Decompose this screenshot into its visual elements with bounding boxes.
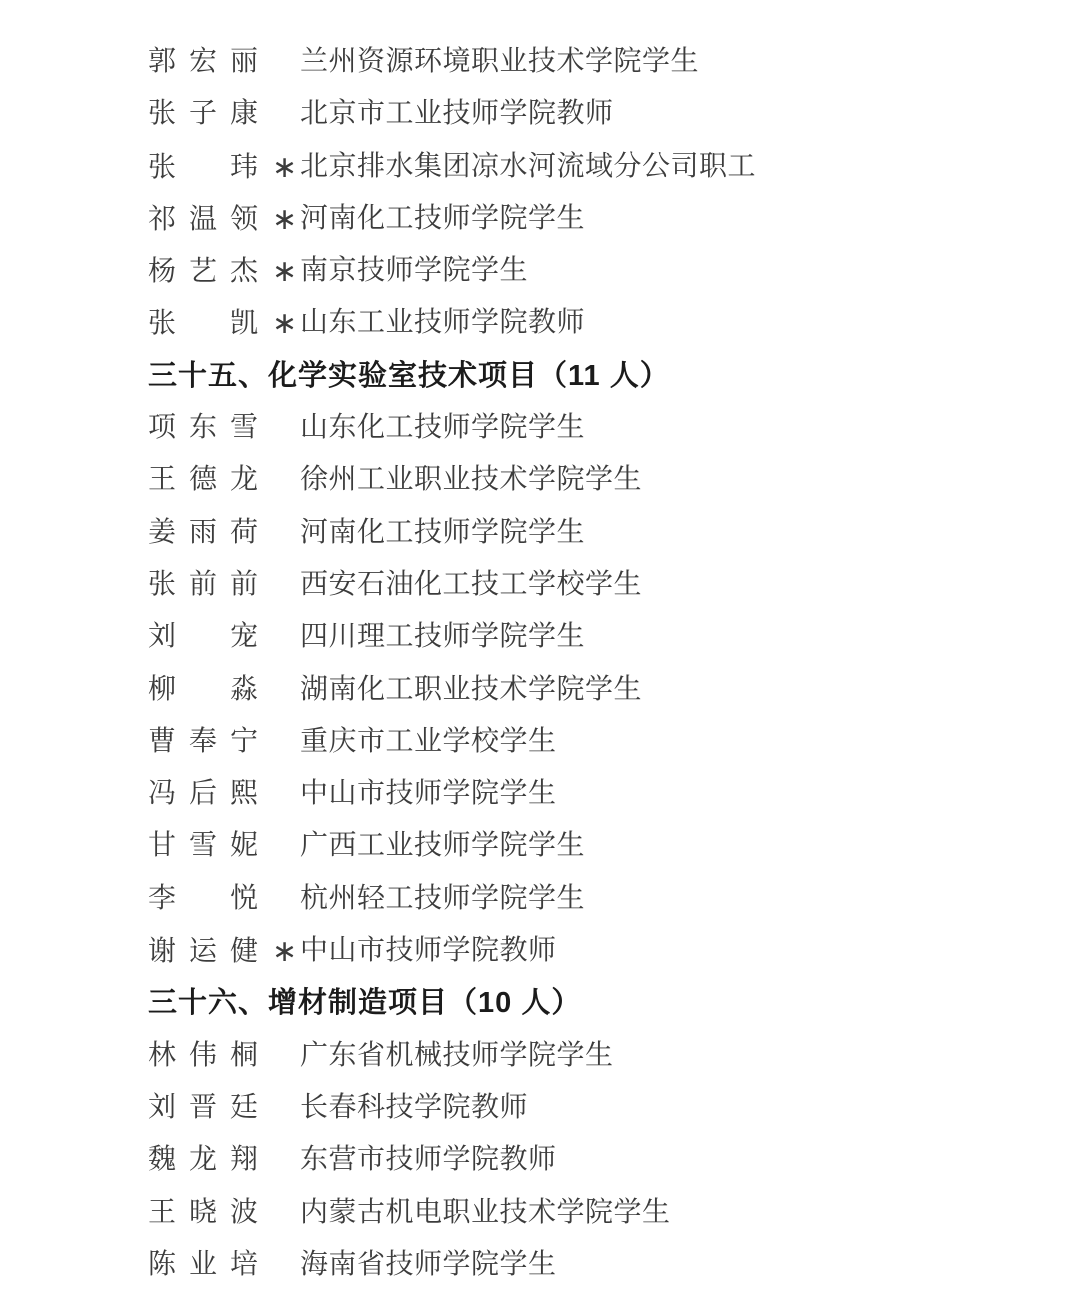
person-name-block: 甘雪妮 — [148, 820, 300, 872]
person-name-block: 柳 淼 — [148, 664, 300, 716]
teacher-star-marker: ∗ — [272, 246, 297, 298]
person-affiliation: 徐州工业职业技术学院学生 — [300, 454, 642, 506]
person-name: 张前前 — [148, 569, 271, 600]
person-name-block: 祁温领∗ — [148, 193, 300, 246]
person-name: 张 玮 — [148, 152, 271, 183]
roster-row: 甘雪妮广西工业技师学院学生 — [148, 820, 1080, 872]
person-name: 谢运健 — [148, 936, 271, 967]
roster-row: 陈业培海南省技师学院学生 — [148, 1239, 1080, 1291]
person-name: 林伟桐 — [148, 1040, 271, 1071]
roster-row: 谢运健∗中山市技师学院教师 — [148, 925, 1080, 977]
section-header: 三十五、化学实验室技术项目（11 人） — [148, 350, 1080, 402]
person-name-block: 张 凯∗ — [148, 297, 300, 350]
section-header: 三十六、增材制造项目（10 人） — [148, 977, 1080, 1029]
teacher-star-marker: ∗ — [272, 926, 297, 978]
person-name: 杨艺杰 — [148, 256, 271, 287]
person-name-block: 刘晋廷 — [148, 1082, 300, 1134]
teacher-star-marker: ∗ — [272, 194, 297, 246]
person-name-block: 项东雪 — [148, 402, 300, 454]
person-name-block: 林伟桐 — [148, 1030, 300, 1082]
roster-row: 冯后熙中山市技师学院学生 — [148, 768, 1080, 820]
roster-row: 郭宏丽兰州资源环境职业技术学院学生 — [148, 36, 1080, 88]
person-affiliation: 中山市技师学院教师 — [300, 925, 557, 977]
roster-row: 林伟桐广东省机械技师学院学生 — [148, 1030, 1080, 1082]
roster-row: 张子康北京市工业技师学院教师 — [148, 88, 1080, 140]
person-affiliation: 北京排水集团凉水河流域分公司职工 — [300, 141, 756, 193]
person-affiliation: 北京市工业技师学院教师 — [300, 88, 614, 140]
person-name-block: 魏龙翔 — [148, 1134, 300, 1186]
person-name: 刘晋廷 — [148, 1092, 271, 1123]
person-name: 曹奉宁 — [148, 726, 271, 757]
person-affiliation: 海南省技师学院学生 — [300, 1239, 557, 1291]
person-name-block: 张 玮∗ — [148, 141, 300, 194]
person-name: 冯后熙 — [148, 778, 271, 809]
person-name-block: 王晓波 — [148, 1187, 300, 1239]
person-name-block: 曹奉宁 — [148, 716, 300, 768]
person-name-block: 陈业培 — [148, 1239, 300, 1291]
person-name: 柳 淼 — [148, 674, 271, 705]
person-name-block: 杨艺杰∗ — [148, 245, 300, 298]
roster-row: 姜雨荷河南化工技师学院学生 — [148, 507, 1080, 559]
person-name: 项东雪 — [148, 412, 271, 443]
person-affiliation: 长春科技学院教师 — [300, 1082, 528, 1134]
person-name: 王晓波 — [148, 1197, 271, 1228]
person-affiliation: 广东省机械技师学院学生 — [300, 1030, 614, 1082]
person-name: 甘雪妮 — [148, 830, 271, 861]
roster-row: 李 悦杭州轻工技师学院学生 — [148, 873, 1080, 925]
person-affiliation: 山东化工技师学院学生 — [300, 402, 585, 454]
person-affiliation: 南京技师学院学生 — [300, 245, 528, 297]
person-affiliation: 广西工业技师学院学生 — [300, 820, 585, 872]
person-name-block: 李 悦 — [148, 873, 300, 925]
person-name: 郭宏丽 — [148, 46, 271, 77]
teacher-star-marker: ∗ — [272, 298, 297, 350]
person-name: 陈业培 — [148, 1249, 271, 1280]
person-name: 魏龙翔 — [148, 1144, 271, 1175]
person-name: 姜雨荷 — [148, 517, 271, 548]
person-name-block: 王德龙 — [148, 454, 300, 506]
roster-row: 魏龙翔东营市技师学院教师 — [148, 1134, 1080, 1186]
person-name: 李 悦 — [148, 883, 271, 914]
roster-row: 张前前西安石油化工技工学校学生 — [148, 559, 1080, 611]
section-header-text: 三十五、化学实验室技术项目（11 人） — [148, 360, 670, 392]
roster-list: 郭宏丽兰州资源环境职业技术学院学生 张子康北京市工业技师学院教师 张 玮∗北京排… — [0, 0, 1080, 1291]
roster-row: 柳 淼湖南化工职业技术学院学生 — [148, 664, 1080, 716]
teacher-star-marker: ∗ — [272, 142, 297, 194]
person-name-block: 冯后熙 — [148, 768, 300, 820]
person-name-block: 郭宏丽 — [148, 36, 300, 88]
roster-row: 杨艺杰∗南京技师学院学生 — [148, 245, 1080, 297]
person-affiliation: 兰州资源环境职业技术学院学生 — [300, 36, 699, 88]
person-affiliation: 河南化工技师学院学生 — [300, 193, 585, 245]
person-affiliation: 重庆市工业学校学生 — [300, 716, 557, 768]
roster-row: 祁温领∗河南化工技师学院学生 — [148, 193, 1080, 245]
person-affiliation: 山东工业技师学院教师 — [300, 297, 585, 349]
person-name: 祁温领 — [148, 204, 271, 235]
person-affiliation: 内蒙古机电职业技术学院学生 — [300, 1187, 671, 1239]
roster-row: 刘晋廷长春科技学院教师 — [148, 1082, 1080, 1134]
person-name: 张 凯 — [148, 308, 271, 339]
person-name-block: 谢运健∗ — [148, 925, 300, 978]
person-affiliation: 四川理工技师学院学生 — [300, 611, 585, 663]
person-name-block: 刘 宠 — [148, 611, 300, 663]
person-affiliation: 东营市技师学院教师 — [300, 1134, 557, 1186]
roster-row: 曹奉宁重庆市工业学校学生 — [148, 716, 1080, 768]
person-name-block: 张前前 — [148, 559, 300, 611]
person-affiliation: 河南化工技师学院学生 — [300, 507, 585, 559]
person-affiliation: 中山市技师学院学生 — [300, 768, 557, 820]
roster-row: 王德龙徐州工业职业技术学院学生 — [148, 454, 1080, 506]
person-affiliation: 杭州轻工技师学院学生 — [300, 873, 585, 925]
roster-row: 张 玮∗北京排水集团凉水河流域分公司职工 — [148, 141, 1080, 193]
person-affiliation: 湖南化工职业技术学院学生 — [300, 664, 642, 716]
person-name-block: 姜雨荷 — [148, 507, 300, 559]
roster-row: 项东雪山东化工技师学院学生 — [148, 402, 1080, 454]
person-name: 张子康 — [148, 98, 271, 129]
roster-row: 张 凯∗山东工业技师学院教师 — [148, 297, 1080, 349]
person-name: 王德龙 — [148, 464, 271, 495]
roster-row: 刘 宠四川理工技师学院学生 — [148, 611, 1080, 663]
section-header-text: 三十六、增材制造项目（10 人） — [148, 987, 581, 1019]
document-page: 郭宏丽兰州资源环境职业技术学院学生 张子康北京市工业技师学院教师 张 玮∗北京排… — [0, 0, 1080, 1311]
person-name: 刘 宠 — [148, 621, 271, 652]
person-affiliation: 西安石油化工技工学校学生 — [300, 559, 642, 611]
person-name-block: 张子康 — [148, 88, 300, 140]
roster-row: 王晓波内蒙古机电职业技术学院学生 — [148, 1187, 1080, 1239]
